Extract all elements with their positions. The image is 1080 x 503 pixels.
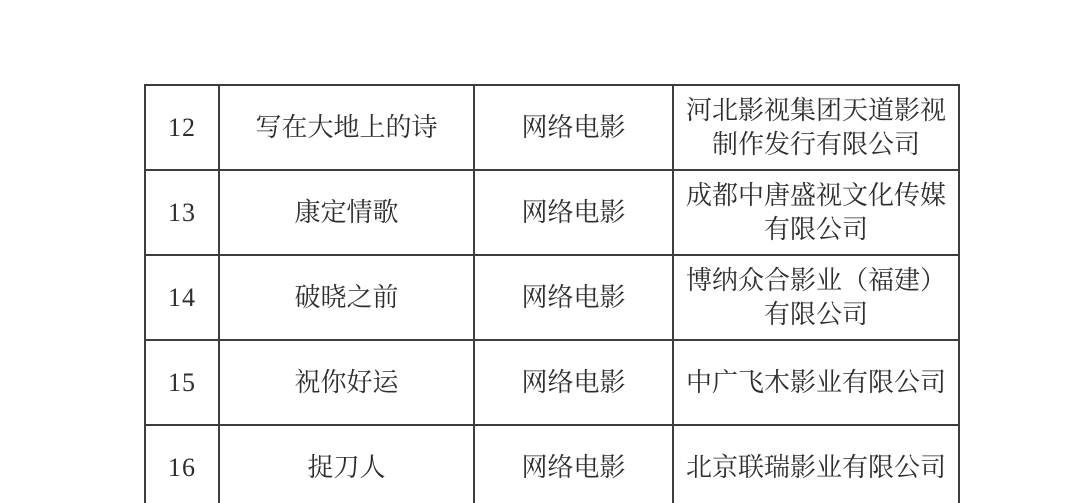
film-category: 网络电影	[474, 170, 673, 255]
table-row: 15 祝你好运 网络电影 中广飞木影业有限公司	[145, 340, 959, 425]
film-registration-table: 12 写在大地上的诗 网络电影 河北影视集团天道影视制作发行有限公司 13 康定…	[144, 84, 960, 503]
film-category: 网络电影	[474, 85, 673, 170]
production-company: 成都中唐盛视文化传媒有限公司	[673, 170, 959, 255]
film-title: 康定情歌	[219, 170, 474, 255]
film-category: 网络电影	[474, 425, 673, 503]
film-category: 网络电影	[474, 255, 673, 340]
table-row: 16 捉刀人 网络电影 北京联瑞影业有限公司	[145, 425, 959, 503]
film-title: 写在大地上的诗	[219, 85, 474, 170]
row-number: 15	[145, 340, 219, 425]
production-company: 博纳众合影业（福建）有限公司	[673, 255, 959, 340]
document-page: 12 写在大地上的诗 网络电影 河北影视集团天道影视制作发行有限公司 13 康定…	[0, 0, 1080, 503]
table-row: 14 破晓之前 网络电影 博纳众合影业（福建）有限公司	[145, 255, 959, 340]
film-title: 祝你好运	[219, 340, 474, 425]
film-category: 网络电影	[474, 340, 673, 425]
table-row: 13 康定情歌 网络电影 成都中唐盛视文化传媒有限公司	[145, 170, 959, 255]
production-company: 北京联瑞影业有限公司	[673, 425, 959, 503]
row-number: 16	[145, 425, 219, 503]
production-company: 中广飞木影业有限公司	[673, 340, 959, 425]
row-number: 13	[145, 170, 219, 255]
film-title: 捉刀人	[219, 425, 474, 503]
production-company: 河北影视集团天道影视制作发行有限公司	[673, 85, 959, 170]
film-title: 破晓之前	[219, 255, 474, 340]
row-number: 14	[145, 255, 219, 340]
row-number: 12	[145, 85, 219, 170]
table-row: 12 写在大地上的诗 网络电影 河北影视集团天道影视制作发行有限公司	[145, 85, 959, 170]
